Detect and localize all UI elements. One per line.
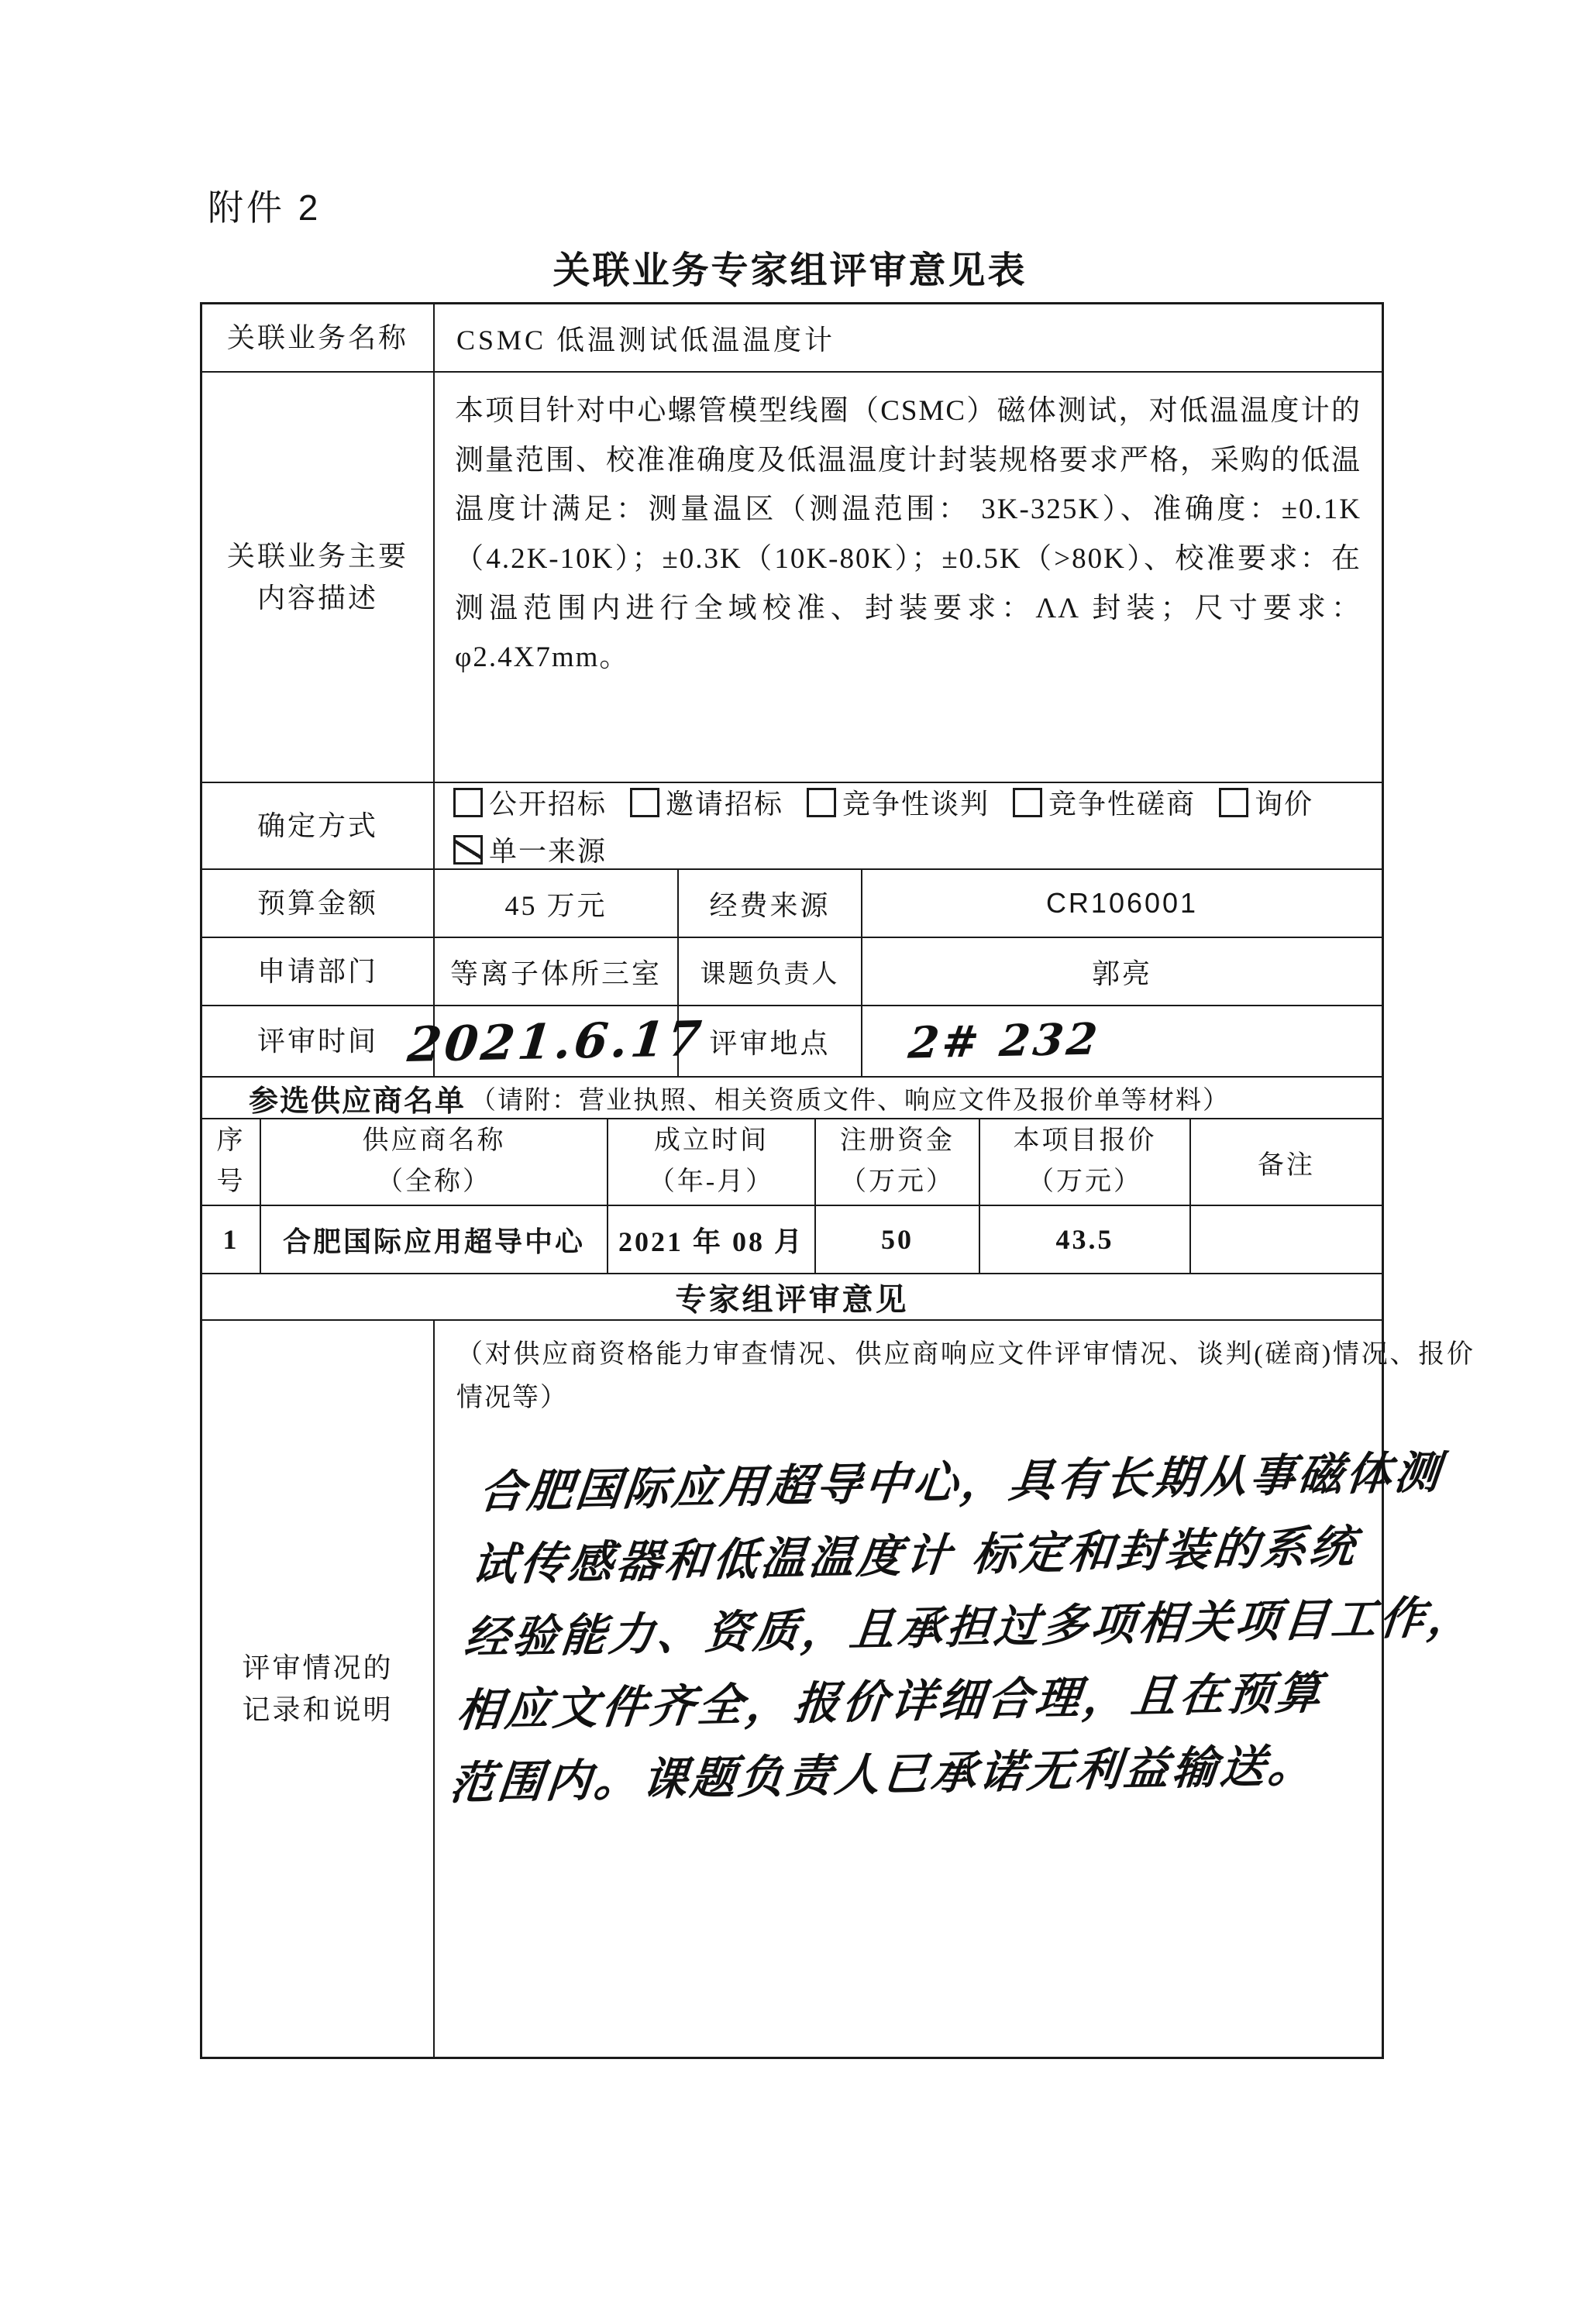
checkbox-unchecked-icon xyxy=(807,788,836,817)
supplier-founded: 2021 年 08 月 xyxy=(608,1206,816,1273)
header-line: 序 xyxy=(217,1121,246,1162)
funding-label: 经费来源 xyxy=(679,870,862,937)
review-time-value: 2021.6.17 xyxy=(435,1006,679,1076)
description-value-cell: 本项目针对中心螺管模型线圈（CSMC）磁体测试，对低温温度计的测量范围、校准准确… xyxy=(435,373,1382,782)
review-form-table: 关联业务名称 CSMC 低温测试低温温度计 关联业务主要 内容描述 本项目针对中… xyxy=(200,302,1384,2059)
row-description: 关联业务主要 内容描述 本项目针对中心螺管模型线圈（CSMC）磁体测试，对低温温… xyxy=(202,373,1382,783)
suppliers-section-note: （请附：营业执照、相关资质文件、响应文件及报价单等材料） xyxy=(470,1080,1230,1116)
row-review-time: 评审时间 2021.6.17 评审地点 2# 232 xyxy=(202,1006,1382,1078)
row-method: 确定方式 公开招标 邀请招标 竞争性谈判 竞争性磋商 询价 单一来源 xyxy=(202,783,1382,870)
attachment-label: 附件 2 xyxy=(208,180,321,231)
checkbox-unchecked-icon xyxy=(453,788,483,817)
opinion-label-line2: 记录和说明 xyxy=(242,1689,393,1731)
review-place-label: 评审地点 xyxy=(679,1006,862,1076)
description-label: 关联业务主要 内容描述 xyxy=(202,373,435,782)
review-place-value: 2# 232 xyxy=(862,1006,1382,1076)
header-line: 号 xyxy=(217,1162,246,1203)
page-title: 关联业务专家组评审意见表 xyxy=(0,240,1580,294)
opinion-label-line1: 评审情况的 xyxy=(242,1647,393,1689)
col-header-capital: 注册资金 （万元） xyxy=(816,1119,980,1205)
description-text: 本项目针对中心螺管模型线圈（CSMC）磁体测试，对低温温度计的测量范围、校准准确… xyxy=(455,387,1361,682)
header-line: （年-月） xyxy=(649,1162,774,1203)
suppliers-section-title: 参选供应商名单 xyxy=(249,1077,466,1119)
col-header-supplier-name: 供应商名称 （全称） xyxy=(261,1119,608,1205)
method-options-line2: 单一来源 xyxy=(453,830,607,869)
option-label: 询价 xyxy=(1255,782,1313,822)
business-name-value: CSMC 低温测试低温温度计 xyxy=(435,304,1382,371)
option-label: 单一来源 xyxy=(489,830,607,869)
row-suppliers-section: 参选供应商名单 （请附：营业执照、相关资质文件、响应文件及报价单等材料） xyxy=(202,1078,1382,1119)
row-suppliers-header: 序 号 供应商名称 （全称） 成立时间 （年-月） 注册资金 （万元） 本项目报… xyxy=(202,1119,1382,1206)
option-label: 竞争性谈判 xyxy=(842,782,990,822)
col-header-founded: 成立时间 （年-月） xyxy=(608,1119,816,1205)
business-name-label: 关联业务名称 xyxy=(202,304,435,371)
header-line: 供应商名称 xyxy=(363,1121,506,1162)
handwritten-review-date: 2021.6.17 xyxy=(405,1010,707,1073)
header-line: （全称） xyxy=(377,1162,491,1203)
row-business-name: 关联业务名称 CSMC 低温测试低温温度计 xyxy=(202,304,1382,373)
header-line: 成立时间 xyxy=(654,1121,769,1162)
row-department: 申请部门 等离子体所三室 课题负责人 郭亮 xyxy=(202,938,1382,1006)
col-header-index: 序 号 xyxy=(202,1119,261,1205)
leader-label: 课题负责人 xyxy=(679,938,862,1005)
leader-value: 郭亮 xyxy=(862,938,1382,1005)
description-label-line1: 关联业务主要 xyxy=(227,535,408,577)
budget-label: 预算金额 xyxy=(202,870,435,937)
method-options-line1: 公开招标 邀请招标 竞争性谈判 竞争性磋商 询价 xyxy=(453,782,1313,822)
opinion-label: 评审情况的 记录和说明 xyxy=(202,1321,435,2057)
header-line: （万元） xyxy=(1028,1162,1142,1203)
checkbox-unchecked-icon xyxy=(1013,788,1042,817)
header-line: 注册资金 xyxy=(840,1121,955,1162)
department-label: 申请部门 xyxy=(202,938,435,1005)
option-single-source: 单一来源 xyxy=(453,830,607,869)
option-competitive-negotiation: 竞争性谈判 xyxy=(807,782,990,822)
handwritten-review-place: 2# 232 xyxy=(906,1013,1103,1068)
option-label: 公开招标 xyxy=(489,782,607,822)
opinion-note: （对供应商资格能力审查情况、供应商响应文件评审情况、谈判(磋商)情况、报价情况等… xyxy=(456,1333,1475,1420)
supplier-quote: 43.5 xyxy=(980,1206,1191,1273)
supplier-capital: 50 xyxy=(816,1206,980,1273)
checkbox-unchecked-icon xyxy=(1219,788,1248,817)
department-value: 等离子体所三室 xyxy=(435,938,679,1005)
method-label: 确定方式 xyxy=(202,783,435,868)
option-inquiry: 询价 xyxy=(1219,782,1313,822)
supplier-index: 1 xyxy=(202,1206,261,1273)
opinion-section-title: 专家组评审意见 xyxy=(202,1274,1382,1319)
budget-value: 45 万元 xyxy=(435,870,679,937)
document-page: 附件 2 关联业务专家组评审意见表 关联业务名称 CSMC 低温测试低温温度计 … xyxy=(0,0,1580,2324)
header-line: 本项目报价 xyxy=(1014,1121,1157,1162)
opinion-content-cell: （对供应商资格能力审查情况、供应商响应文件评审情况、谈判(磋商)情况、报价情况等… xyxy=(435,1321,1493,2057)
description-label-line2: 内容描述 xyxy=(257,577,378,619)
option-label: 竞争性磋商 xyxy=(1048,782,1196,822)
supplier-name: 合肥国际应用超导中心 xyxy=(261,1206,608,1273)
row-opinion-section: 专家组评审意见 xyxy=(202,1274,1382,1321)
review-time-label: 评审时间 xyxy=(202,1006,435,1076)
supplier-remarks xyxy=(1191,1206,1382,1273)
method-options-cell: 公开招标 邀请招标 竞争性谈判 竞争性磋商 询价 单一来源 xyxy=(435,783,1382,868)
checkbox-unchecked-icon xyxy=(630,788,659,817)
row-budget: 预算金额 45 万元 经费来源 CR106001 xyxy=(202,870,1382,938)
handwritten-opinion: 合肥国际应用超导中心，具有长期从事磁体测 试传感器和低温温度计 标定和封装的系统… xyxy=(446,1436,1463,1820)
funding-value: CR106001 xyxy=(862,870,1382,937)
supplier-table-row: 1 合肥国际应用超导中心 2021 年 08 月 50 43.5 xyxy=(202,1206,1382,1274)
header-line: （万元） xyxy=(840,1162,955,1203)
checkbox-checked-icon xyxy=(453,835,483,865)
col-header-remarks: 备注 xyxy=(1191,1119,1382,1205)
option-open-tender: 公开招标 xyxy=(453,782,607,822)
row-opinion-record: 评审情况的 记录和说明 （对供应商资格能力审查情况、供应商响应文件评审情况、谈判… xyxy=(202,1321,1382,2057)
option-invited-tender: 邀请招标 xyxy=(630,782,783,822)
suppliers-section-header: 参选供应商名单 （请附：营业执照、相关资质文件、响应文件及报价单等材料） xyxy=(202,1078,1382,1118)
option-label: 邀请招标 xyxy=(666,782,783,822)
col-header-quote: 本项目报价 （万元） xyxy=(980,1119,1191,1205)
option-competitive-consultation: 竞争性磋商 xyxy=(1013,782,1196,822)
